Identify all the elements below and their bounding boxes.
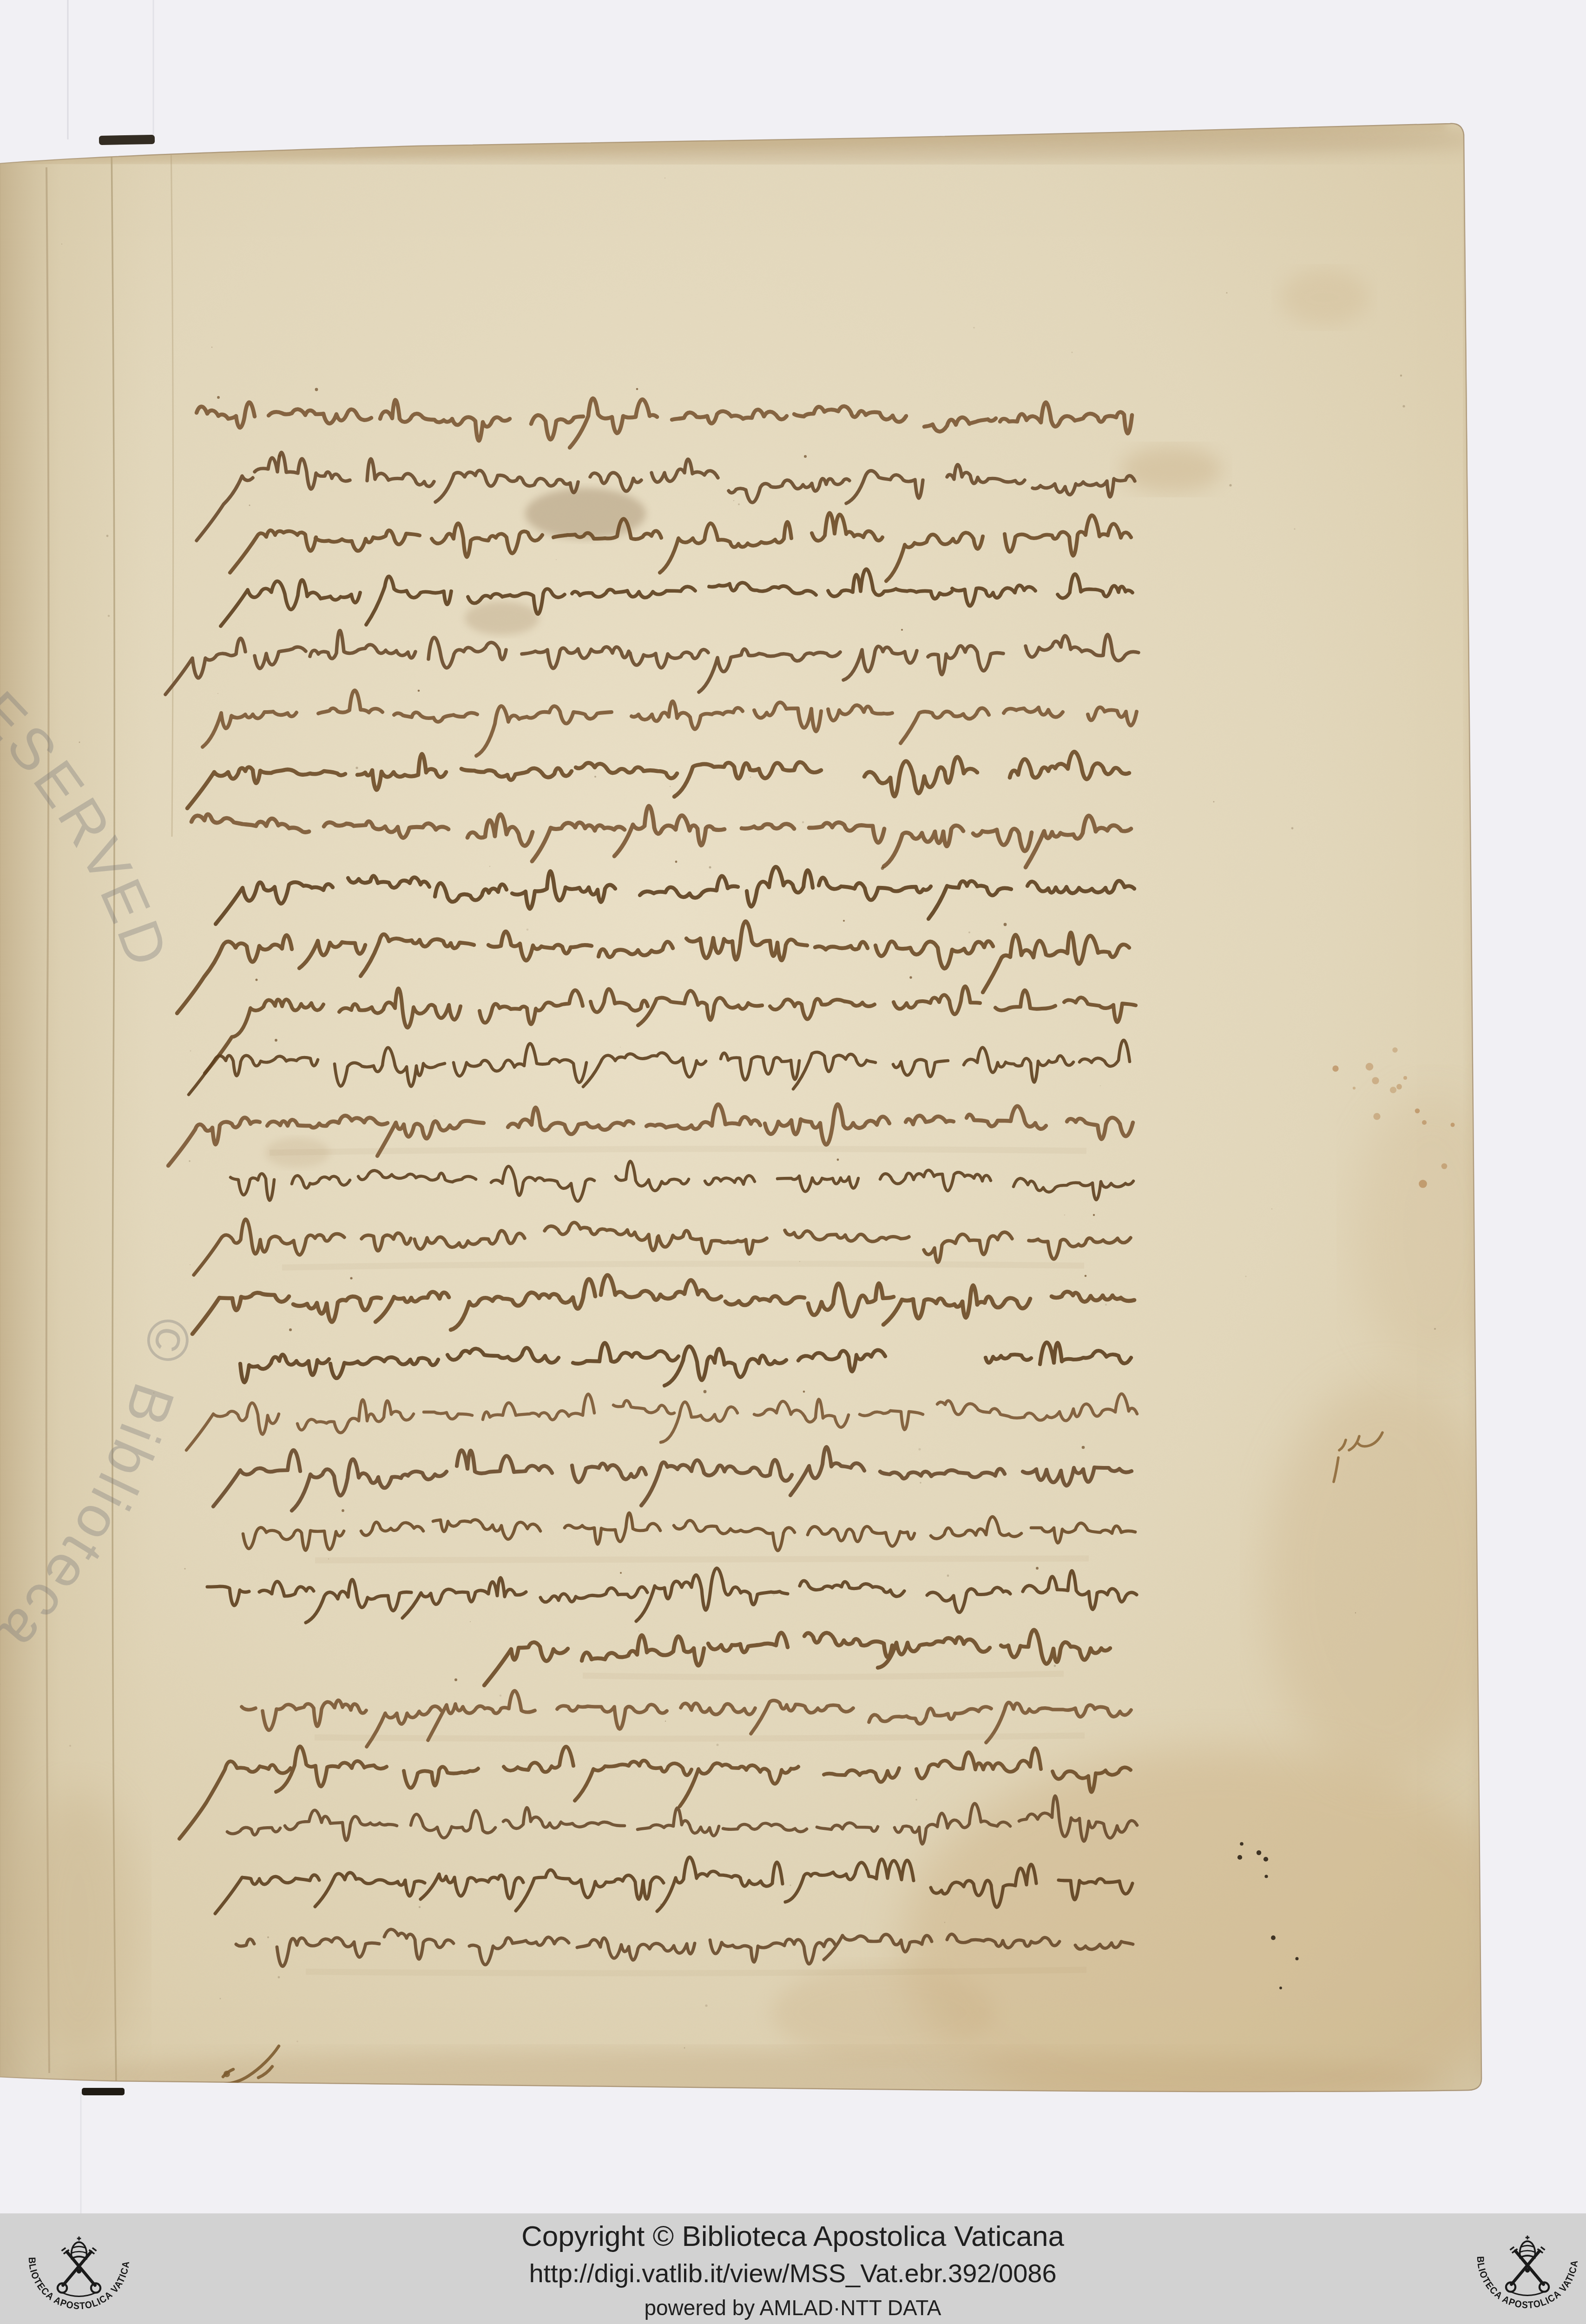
diacritic-dot	[675, 861, 678, 863]
paper-speck	[1100, 1085, 1101, 1086]
paper-speck	[220, 1998, 221, 2000]
foxing-spot	[1441, 1163, 1448, 1169]
diacritic-dot	[1085, 1275, 1087, 1277]
paper-speck	[705, 2004, 707, 2007]
paper-speck	[278, 1976, 280, 1979]
foxing-spot	[1403, 1076, 1407, 1080]
footer-url: http://digi.vatlib.it/view/MSS_Vat.ebr.3…	[529, 2258, 1056, 2288]
verso-bleedthrough	[306, 1970, 1086, 1973]
ink-spot	[1296, 1957, 1299, 1961]
paper-speck	[419, 1906, 421, 1908]
diacritic-dot	[217, 396, 220, 399]
diacritic-dot	[843, 920, 845, 922]
page-surface-detail: © Biblioteca Apostolica Vaticana ALL RIG…	[0, 116, 1586, 2138]
paper-speck	[968, 931, 970, 933]
foxing-spot	[1373, 1113, 1380, 1120]
foxing-spot	[1422, 1120, 1427, 1125]
paper-speck	[526, 929, 529, 931]
paper-speck	[1245, 1276, 1247, 1277]
paper-speck	[190, 1050, 191, 1052]
paper-speck	[267, 1936, 269, 1938]
paper-speck	[108, 615, 110, 617]
paper-speck	[251, 1175, 252, 1175]
diacritic-dot	[278, 455, 281, 457]
paper-speck	[211, 347, 212, 348]
paper-speck	[1071, 351, 1073, 353]
paper-speck	[434, 1116, 434, 1116]
paper-speck	[61, 244, 62, 244]
paper-speck	[1271, 1208, 1272, 1209]
paper-speck	[620, 1047, 621, 1048]
paper-speck	[665, 1721, 666, 1722]
paper-speck	[489, 866, 491, 867]
diacritic-dot	[1036, 1567, 1039, 1570]
stain-small-1	[465, 601, 539, 635]
paper-speck	[920, 1482, 921, 1483]
paper-speck	[773, 1595, 774, 1596]
paper-speck	[638, 1631, 639, 1631]
spine-gap-bottom	[82, 2088, 125, 2095]
paper-speck	[918, 1448, 921, 1450]
paper-speck	[1229, 484, 1231, 486]
paper-speck	[217, 693, 218, 694]
footer-powered-by: powered by AMLAD·NTT DATA	[644, 2296, 941, 2320]
paper-speck	[709, 866, 711, 869]
paper-speck	[717, 1744, 719, 1746]
paper-speck	[1402, 405, 1405, 407]
ink-spot	[1271, 1935, 1276, 1940]
paper-speck	[184, 1568, 185, 1569]
diacritic-dot	[1004, 923, 1007, 926]
paper-speck	[738, 503, 740, 505]
stain-small-3	[1280, 270, 1369, 325]
ink-spot	[1257, 1850, 1261, 1855]
scan-canvas: © Biblioteca Apostolica Vaticana ALL RIG…	[0, 0, 1586, 2324]
verso-bleedthrough	[315, 1736, 1085, 1739]
diacritic-dot	[315, 388, 318, 391]
paper-speck	[915, 1799, 917, 1801]
paper-speck	[790, 1884, 791, 1886]
diacritic-dot	[837, 1159, 839, 1161]
diacritic-dot	[881, 867, 884, 870]
paper-speck	[1291, 827, 1294, 830]
stain-small-2	[1120, 446, 1222, 493]
diacritic-dot	[909, 976, 912, 978]
paper-speck	[733, 500, 734, 501]
diacritic-dot	[289, 1328, 292, 1331]
diacritic-dot	[804, 455, 807, 458]
paper-speck	[1355, 1612, 1356, 1613]
paper-speck	[1434, 1328, 1436, 1330]
diacritic-dot	[704, 1390, 707, 1393]
diacritic-dot	[636, 388, 638, 390]
foxing-spot	[1415, 1109, 1420, 1114]
diacritic-dot	[620, 1572, 622, 1574]
paper-speck	[500, 1695, 502, 1697]
foxing-spot	[1390, 1087, 1396, 1093]
diacritic-dot	[901, 629, 903, 631]
foxing-spot	[1332, 1065, 1338, 1071]
footer-bar: Copyright © Biblioteca Apostolica Vatica…	[0, 2213, 1586, 2324]
footer-copyright: Copyright © Biblioteca Apostolica Vatica…	[521, 2220, 1065, 2252]
paper-speck	[1213, 801, 1215, 803]
stain-right-margin	[1264, 1380, 1506, 1780]
paper-speck	[249, 505, 250, 506]
ink-spot	[1237, 1855, 1242, 1860]
paper-speck	[944, 1922, 945, 1923]
diacritic-dot	[418, 690, 420, 692]
ink-spot	[1279, 1987, 1282, 1989]
diacritic-dot	[275, 1039, 277, 1042]
ink-spot	[1264, 1857, 1268, 1862]
paper-speck	[355, 766, 358, 769]
paper-speck	[1054, 1665, 1056, 1667]
foxing-spot	[1419, 1180, 1427, 1188]
spine-gap-top	[99, 135, 155, 145]
diacritic-dot	[256, 979, 258, 981]
foxing-spot	[1372, 1077, 1379, 1084]
paper-speck	[1064, 1215, 1066, 1216]
catchword-dot	[224, 2071, 230, 2077]
paper-speck	[802, 821, 804, 823]
paper-speck	[1226, 292, 1228, 294]
foxing-spot	[1366, 1063, 1374, 1071]
verso-bleedthrough	[583, 1674, 1064, 1677]
foxing-spot	[1451, 1123, 1455, 1127]
manuscript-page: © Biblioteca Apostolica Vaticana ALL RIG…	[0, 116, 1586, 2138]
paper-speck	[665, 178, 665, 178]
foxing-spot	[1392, 1047, 1397, 1052]
manuscript-scan-page: © Biblioteca Apostolica Vaticana ALL RIG…	[0, 0, 1586, 2324]
ink-spot	[1264, 1875, 1268, 1878]
stain-bottom-center	[771, 1966, 994, 2059]
paper-speck	[974, 327, 975, 329]
paper-speck	[106, 535, 109, 537]
diacritic-dot	[342, 1509, 344, 1512]
paper-speck	[947, 1575, 949, 1577]
paper-speck	[669, 1230, 670, 1231]
paper-speck	[594, 776, 596, 778]
paper-speck	[1294, 528, 1295, 529]
verso-bleedthrough	[315, 1558, 1089, 1560]
diacritic-dot	[803, 1391, 805, 1393]
paper-speck	[684, 2047, 685, 2049]
foxing-spot	[1396, 1084, 1402, 1089]
paper-speck	[189, 1160, 191, 1162]
paper-speck	[556, 559, 557, 560]
diacritic-dot	[350, 1277, 352, 1279]
paper-speck	[79, 742, 80, 743]
paper-speck	[470, 1621, 471, 1622]
paper-speck	[670, 786, 671, 787]
paper-speck	[750, 777, 751, 778]
diacritic-dot	[454, 1678, 457, 1681]
diacritic-dot	[1093, 1214, 1095, 1216]
paper-speck	[296, 2040, 298, 2042]
diacritic-dot	[1082, 1446, 1085, 1449]
foxing-spot	[1353, 1087, 1356, 1089]
stain-gutter-bottom	[19, 1789, 139, 2068]
paper-speck	[190, 1264, 191, 1265]
ink-spot	[1240, 1842, 1244, 1846]
paper-speck	[69, 1745, 71, 1747]
paper-speck	[1400, 375, 1402, 376]
paper-speck	[1105, 1304, 1107, 1306]
